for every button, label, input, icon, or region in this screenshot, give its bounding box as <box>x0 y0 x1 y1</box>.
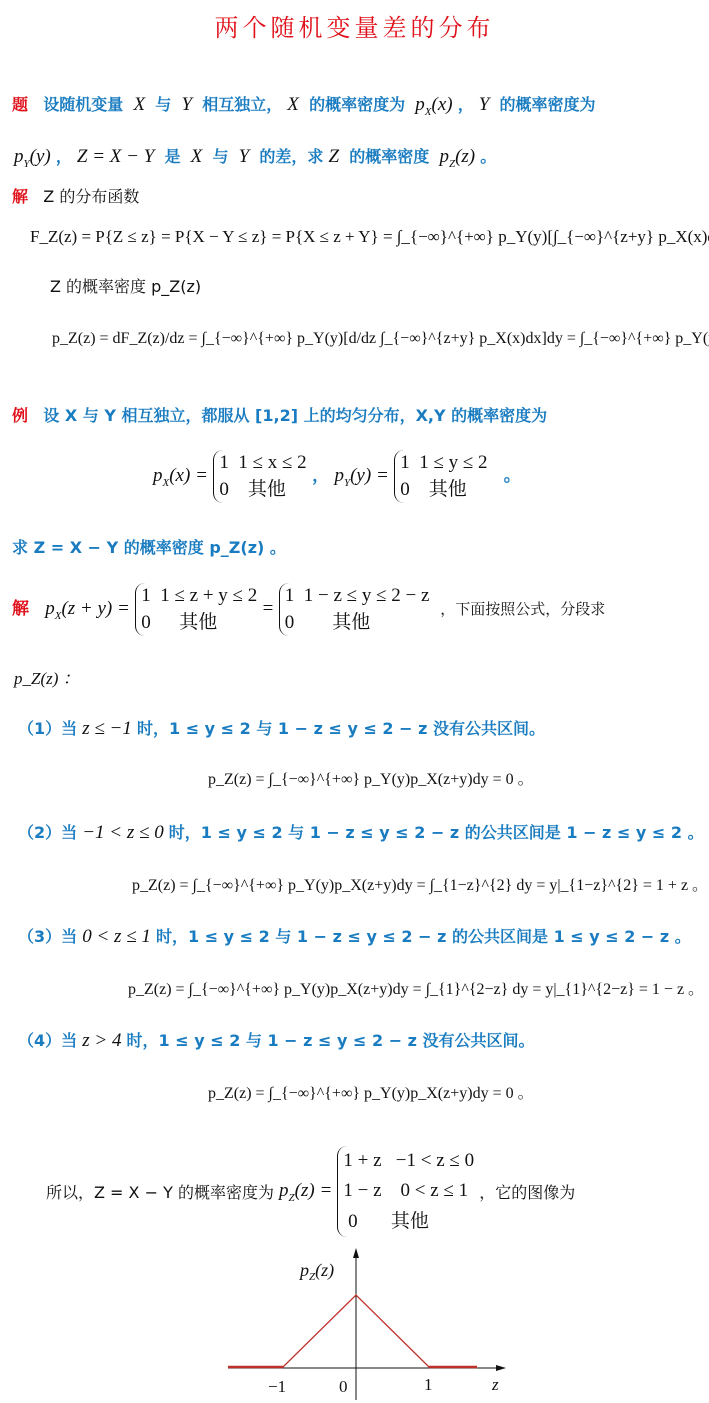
tick-neg1: −1 <box>268 1377 286 1396</box>
case-1-condition: （1）当 z ≤ −1 时，1 ≤ y ≤ 2 与 1 − z ≤ y ≤ 2 … <box>18 716 545 740</box>
case-2-condition: （2）当 −1 < z ≤ 0 时，1 ≤ y ≤ 2 与 1 − z ≤ y … <box>18 820 704 844</box>
example-ask: 求 Z = X − Y 的概率密度 p_Z(z) 。 <box>12 535 286 558</box>
example-statement: 例 设 X 与 Y 相互独立，都服从 [1,2] 上的均匀分布，X,Y 的概率密… <box>12 403 547 426</box>
example-solution-intro: 解 pX(z + y) = 1 1 ≤ z + y ≤ 20 其他 = 1 1 … <box>12 583 605 636</box>
cdf-formula: F_Z(z) = P{Z ≤ z} = P{X − Y ≤ z} = P{X ≤… <box>30 222 709 247</box>
document-page: 两个随机变量差的分布 题 设随机变量 X 与 Y 相互独立， X 的概率密度为 … <box>0 0 709 1403</box>
density-line <box>228 1295 477 1367</box>
pdf-intro: Z 的概率密度 p_Z(z) <box>50 274 201 297</box>
tick-0: 0 <box>339 1377 348 1396</box>
x-axis-arrow-icon <box>496 1365 506 1371</box>
case-1-formula: p_Z(z) = ∫_{−∞}^{+∞} p_Y(y)p_X(z+y)dy = … <box>208 766 534 789</box>
example-densities: pX(x) = 1 1 ≤ x ≤ 20 其他 ， pY(y) = 1 1 ≤ … <box>153 450 521 503</box>
case-4-formula: p_Z(z) = ∫_{−∞}^{+∞} p_Y(y)p_X(z+y)dy = … <box>208 1080 534 1103</box>
problem-line-2: pY(y) ， Z = X − Y 是 X 与 Y 的差，求 Z 的概率密度 p… <box>14 144 496 170</box>
tick-1: 1 <box>424 1375 433 1394</box>
density-graph: pZ(z) −1 0 1 z <box>200 1240 520 1403</box>
problem-label: 题 <box>12 95 28 114</box>
y-axis-arrow-icon <box>353 1248 359 1258</box>
pdf-formula: p_Z(z) = dF_Z(z)/dz = ∫_{−∞}^{+∞} p_Y(y)… <box>52 325 709 348</box>
case-3-formula: p_Z(z) = ∫_{−∞}^{+∞} p_Y(y)p_X(z+y)dy = … <box>128 976 704 999</box>
page-title: 两个随机变量差的分布 <box>0 8 709 43</box>
x-axis-label: z <box>491 1375 499 1394</box>
case-2-formula: p_Z(z) = ∫_{−∞}^{+∞} p_Y(y)p_X(z+y)dy = … <box>132 872 708 895</box>
case-4-condition: （4）当 z > 4 时，1 ≤ y ≤ 2 与 1 − z ≤ y ≤ 2 −… <box>18 1028 535 1052</box>
conclusion: 所以，Z = X − Y 的概率密度为 pZ(z) = 1 + z −1 < z… <box>46 1146 575 1237</box>
pz-colon: p_Z(z) ： <box>14 664 80 689</box>
problem-line-1: 题 设随机变量 X 与 Y 相互独立， X 的概率密度为 pX(x) ， Y 的… <box>12 92 596 118</box>
y-axis-label: pZ(z) <box>298 1260 334 1283</box>
solution-intro: 解 Z 的分布函数 <box>12 184 139 207</box>
case-3-condition: （3）当 0 < z ≤ 1 时，1 ≤ y ≤ 2 与 1 − z ≤ y ≤… <box>18 924 691 948</box>
